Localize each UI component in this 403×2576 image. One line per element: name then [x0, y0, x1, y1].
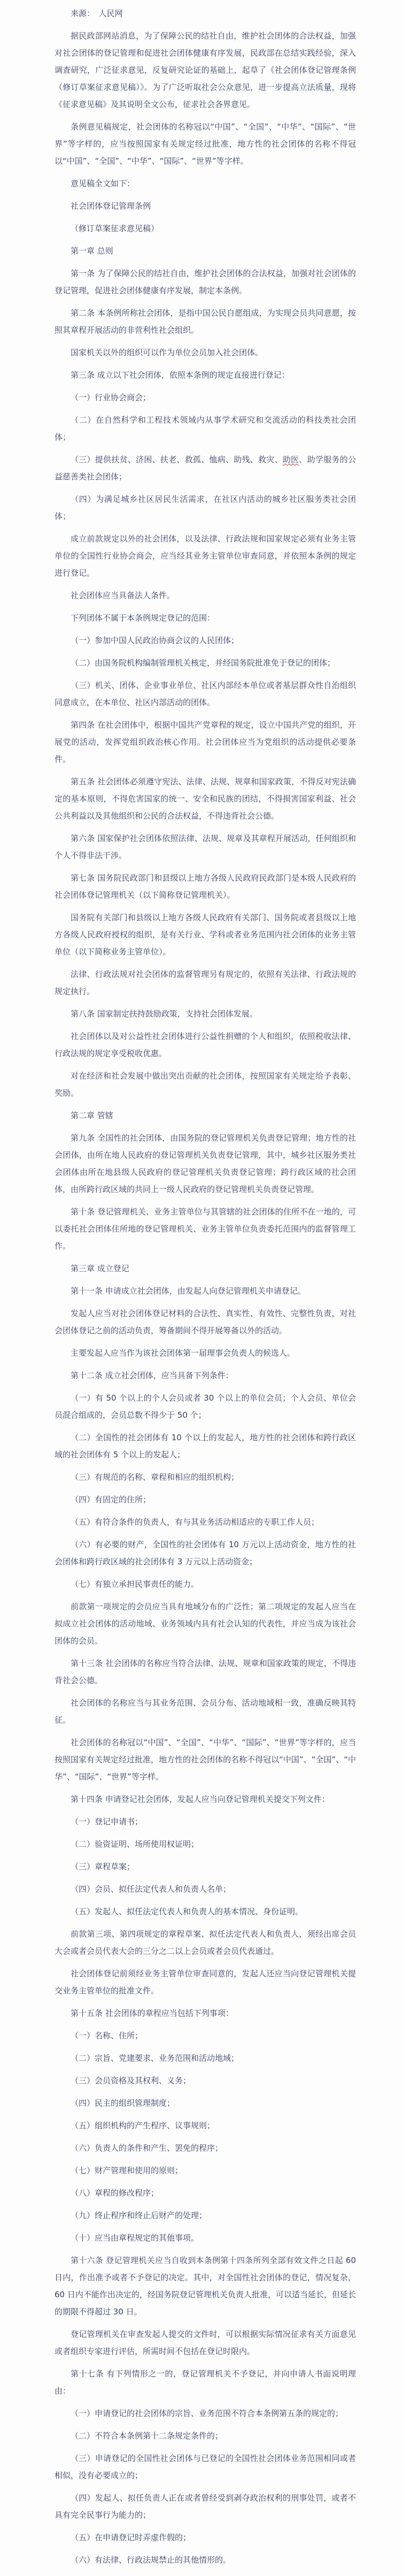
article-paragraph: 第六条 国家保护社会团体依照法律、法规、规章及其章程开展活动，任何组织和个人不得…	[55, 830, 356, 864]
body-paragraph: 社会团体登记前须经业务主管单位审查同意的，发起人还应当向登记管理机关提交业务主管…	[55, 1965, 356, 1999]
list-item: （五）组织机构的产生程序、议事规则；	[55, 2117, 356, 2134]
lead-paragraph: 据民政部网站消息，为了保障公民的结社自由，维护社会团体的合法权益，加强对社会团体…	[55, 27, 356, 113]
body-paragraph: 主要发起人应当作为该社会团体第一届理事会负责人的候选人。	[55, 1344, 356, 1362]
list-item: （六）负责人的条件和产生、罢免的程序；	[55, 2139, 356, 2157]
document-body: 来源： 人民网据民政部网站消息，为了保障公民的结社自由，维护社会团体的合法权益，…	[0, 0, 403, 2576]
article-paragraph: 第十七条 有下列情形之一的，登记管理机关不予登记，并向申请人书面说明理由：	[55, 2365, 356, 2399]
list-item: （五）发起人、拟任法定代表人和负责人的基本情况、身份证明。	[55, 1903, 356, 1920]
list-item: （五）在申请登记时弄虚作假的；	[55, 2529, 356, 2546]
body-paragraph: 前款第三项、第四项规定的章程草案、拟任法定代表人和负责人，须经出席会员大会或者会…	[55, 1925, 356, 1960]
article-paragraph: 第三条 成立以下社会团体，依照本条例的规定直接进行登记：	[55, 366, 356, 384]
text-run: （三）提供扶贫、济困、扶老、救孤、恤病、助残、救灾、	[71, 455, 283, 464]
article-paragraph: 第二条 本条例所称社会团体，是指中国公民自愿组成，为实现会员共同意愿，按照其章程…	[55, 304, 356, 339]
list-item: （一）登记申请书；	[55, 1813, 356, 1830]
chapter-heading: 第一章 总则	[55, 242, 356, 259]
list-item: （一）申请登记的社会团体的宗旨、业务范围不符合本条例第五条的规定的；	[55, 2405, 356, 2422]
list-item: （四）会员、拟任法定代表人和负责人名单；	[55, 1881, 356, 1898]
list-item: （一）名称、住所；	[55, 2027, 356, 2044]
list-item: （九）终止程序和终止后财产的处理；	[55, 2207, 356, 2224]
article-paragraph: 第四条 在社会团体中，根据中国共产党章程的规定，设立中国共产党的组织，开展党的活…	[55, 716, 356, 768]
lead-paragraph: 意见稿全文如下：	[55, 175, 356, 192]
list-item: （四）为满足城乡社区居民生活需求，在社区内活动的城乡社区服务类社会团体；	[55, 491, 356, 525]
chapter-heading: 第二章 管辖	[55, 1107, 356, 1124]
list-item: （三）提供扶贫、济困、扶老、救孤、恤病、助残、救灾、助医、助学服务的公益慈善类社…	[55, 451, 356, 485]
list-item: （三）章程草案；	[55, 1858, 356, 1875]
list-item: （二）宗旨、党建要求、业务范围和活动地域；	[55, 2050, 356, 2067]
list-item: （一）行业协会商会；	[55, 389, 356, 406]
body-paragraph: 社会团体的名称应当与其业务范围、会员分布、活动地域相一致，准确反映其特征。	[55, 1694, 356, 1729]
article-paragraph: 第十条 登记管理机关、业务主管单位与其管辖的社会团体的住所不在一地的，可以委托社…	[55, 1203, 356, 1255]
list-item: （四）发起人、拟任负责人正在或者曾经受到剥夺政治权利的刑事处罚，或者不具有完全民…	[55, 2489, 356, 2524]
article-page: 来源： 人民网据民政部网站消息，为了保障公民的结社自由，维护社会团体的合法权益，…	[0, 0, 403, 2576]
chapter-heading: 第三章 成立登记	[55, 1260, 356, 1277]
body-paragraph: 成立前款规定以外的社会团体，以及法律、行政法规和国家规定必须有业务主管单位的全国…	[55, 530, 356, 582]
list-item: （十）应当由章程规定的其他事项。	[55, 2229, 356, 2246]
list-item: （二）不符合本条例第十二条规定条件的；	[55, 2427, 356, 2444]
body-paragraph: 发起人应当对社会团体登记材料的合法性、真实性、有效性、完整性负责，对社会团体登记…	[55, 1305, 356, 1339]
article-paragraph: 第十一条 申请成立社会团体，由发起人向登记管理机关申请登记。	[55, 1282, 356, 1300]
list-item: （三）申请登记的全国性社会团体与已登记的全国性社会团体业务范围相同或者相似，没有…	[55, 2450, 356, 2484]
body-paragraph: 下列团体不属于本条例规定登记的范围：	[55, 609, 356, 626]
body-paragraph: 社会团体的名称冠以“中国”、“全国”、“中华”、“国际”、“世界”等字样的，应当…	[55, 1734, 356, 1785]
list-item: （二）全国性的社会团体有 10 个以上的发起人，地方性的社会团体和跨行政区域的社…	[55, 1429, 356, 1463]
article-paragraph: 第十五条 社会团体的章程应当包括下列事项：	[55, 2005, 356, 2022]
misspell-marked-text: 助医	[283, 455, 299, 464]
body-paragraph: 国务院有关部门和县级以上地方各级人民政府有关部门、国务院或者县级以上地方各级人民…	[55, 909, 356, 960]
body-paragraph: 国家机关以外的组织可以作为单位会员加入社会团体。	[55, 344, 356, 361]
list-item: （四）民主的组织管理制度；	[55, 2095, 356, 2112]
article-paragraph: 第十六条 登记管理机关应当自收到本条例第十四条所列全部有效文件之日起 60 日内…	[55, 2252, 356, 2320]
list-item: （五）有符合条件的负责人，有与其业务活动相适应的专职工作人员；	[55, 1514, 356, 1531]
article-paragraph: 第十三条 社会团体的名称应当符合法律、法规、规章和国家政策的规定，不得违背社会公…	[55, 1655, 356, 1689]
article-paragraph: 第五条 社会团体必须遵守宪法、法律、法规、规章和国家政策，不得反对宪法确定的基本…	[55, 773, 356, 824]
list-item: （一）参加中国人民政治协商会议的人民团体；	[55, 632, 356, 649]
body-paragraph: 法律、行政法规对社会团体的监督管理另有规定的，依照有关法律、行政法规的规定执行。	[55, 966, 356, 1000]
list-item: （七）财产管理和使用的原则；	[55, 2162, 356, 2179]
list-item: （六）有法律、行政法规禁止的其他情形的。	[55, 2551, 356, 2569]
article-paragraph: 第九条 全国性的社会团体，由国务院的登记管理机关负责登记管理；地方性的社会团体，…	[55, 1129, 356, 1198]
article-paragraph: 第八条 国家制定扶持鼓励政策，支持社会团体发展。	[55, 1005, 356, 1022]
list-item: （二）由国务院机构编制管理机关核定，并经国务院批准免于登记的团体；	[55, 654, 356, 671]
article-paragraph: 第十四条 申请登记社会团体，发起人应当向登记管理机关提交下列文件：	[55, 1791, 356, 1808]
list-item: （二）验资证明、场所使用权证明；	[55, 1836, 356, 1853]
list-item: （七）有独立承担民事责任的能力。	[55, 1576, 356, 1593]
article-paragraph: 第十二条 成立社会团体，应当具备下列条件：	[55, 1367, 356, 1384]
article-paragraph: 第七条 国务院民政部门和县级以上地方各级人民政府民政部门是本级人民政府的社会团体…	[55, 869, 356, 904]
doc-subtitle: （修订草案征求意见稿）	[55, 220, 356, 237]
body-paragraph: 社会团体以及对公益性社会团体进行公益性捐赠的个人和组织，依照税收法律、行政法规的…	[55, 1028, 356, 1062]
body-paragraph: 对在经济和社会发展中做出突出贡献的社会团体，按照国家有关规定给予表彰、奖励。	[55, 1067, 356, 1102]
list-item: （二）在自然科学和工程技术领域内从事学术研究和交流活动的科技类社会团体；	[55, 411, 356, 446]
body-paragraph: 前款第一项规定的会员应当具有地域分布的广泛性；第二项规定的发起人应当在拟成立社会…	[55, 1598, 356, 1649]
source-line: 来源： 人民网	[55, 5, 356, 22]
list-item: （六）有必要的财产，全国性的社会团体有 10 万元以上活动资金，地方性的社会团体…	[55, 1536, 356, 1570]
list-item: （三）会员资格及其权利、义务；	[55, 2072, 356, 2089]
list-item: （一）有 50 个以上的个人会员或者 30 个以上的单位会员；个人会员、单位会员…	[55, 1389, 356, 1424]
lead-paragraph: 条例意见稿规定，社会团体的名称冠以“中国”、“全国”、“中华”、“国际”、“世界…	[55, 118, 356, 170]
list-item: （四）有固定的住所；	[55, 1491, 356, 1508]
list-item: （八）章程的修改程序；	[55, 2184, 356, 2202]
body-paragraph: 登记管理机关在审查发起人提交的文件时，可以根据实际情况征求有关方面意见或者组织专…	[55, 2326, 356, 2360]
article-paragraph: 第一条 为了保障公民的结社自由，维护社会团体的合法权益，加强对社会团体的登记管理…	[55, 265, 356, 299]
body-paragraph: 社会团体应当具备法人条件。	[55, 587, 356, 604]
list-item: （三）机关、团体、企业事业单位、社区内部经本单位或者基层群众性自治组织同意成立，…	[55, 677, 356, 711]
doc-title: 社会团体登记管理条例	[55, 197, 356, 215]
list-item: （三）有规范的名称、章程和相应的组织机构；	[55, 1469, 356, 1486]
